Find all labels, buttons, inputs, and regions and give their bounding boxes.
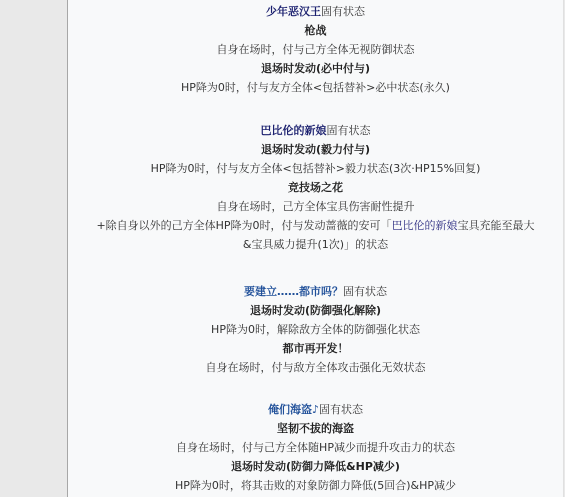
servant-link[interactable]: 俺们海盗♪ — [268, 403, 319, 416]
skill-name: 退场时发动(必中付与) — [68, 59, 563, 78]
title-suffix: 固有状态 — [319, 403, 363, 416]
skill-desc: 自身在场时，付与己方全体无视防御状态 — [68, 40, 563, 59]
servant-link[interactable]: 巴比伦的新娘 — [261, 124, 327, 137]
title-suffix: 固有状态 — [321, 5, 365, 18]
servant-link[interactable]: 少年恶汉王 — [266, 5, 321, 18]
section-title: 要建立……都市吗？固有状态 — [68, 282, 563, 301]
title-suffix: 固有状态 — [343, 285, 387, 298]
section-title: 巴比伦的新娘固有状态 — [68, 121, 563, 140]
inline-servant-link[interactable]: 巴比伦的新娘 — [392, 219, 458, 232]
skill-desc: 自身在场时，付与敌方全体攻击强化无效状态 — [68, 358, 563, 377]
rich-text-after: 宝具充能至最大 — [458, 219, 535, 232]
content-area: 少年恶汉王固有状态 枪战 自身在场时，付与己方全体无视防御状态 退场时发动(必中… — [67, 0, 564, 497]
skill-desc-rich: +除自身以外的己方全体HP降为0时，付与发动蔷薇的安可「巴比伦的新娘宝具充能至最… — [68, 216, 563, 235]
servant-link[interactable]: 要建立……都市吗？ — [244, 285, 343, 298]
skill-desc: HP降为0时，解除敌方全体的防御强化状态 — [68, 320, 563, 339]
section-title: 少年恶汉王固有状态 — [68, 2, 563, 21]
left-sidebar — [0, 0, 67, 497]
section-city-building: 要建立……都市吗？固有状态 退场时发动(防御强化解除) HP降为0时，解除敌方全… — [68, 282, 563, 377]
skill-name: 退场时发动(防御强化解除) — [68, 301, 563, 320]
skill-desc: 自身在场时，己方全体宝具伤害耐性提升 — [68, 197, 563, 216]
skill-name: 都市再开发！ — [68, 339, 563, 358]
section-pirates: 俺们海盗♪固有状态 坚韧不拔的海盗 自身在场时，付与己方全体随HP减少而提升攻击… — [68, 400, 563, 495]
skill-desc: HP降为0时，将其击败的对象防御力降低(5回合)&HP减少 — [68, 476, 563, 495]
skill-desc: &宝具威力提升(1次)」的状态 — [68, 235, 563, 254]
section-babylon-bride: 巴比伦的新娘固有状态 退场时发动(毅力付与) HP降为0时，付与友方全体<包括替… — [68, 121, 563, 254]
skill-desc: HP降为0时，付与友方全体<包括替补>毅力状态(3次·HP15%回复) — [68, 159, 563, 178]
skill-name: 坚韧不拔的海盗 — [68, 419, 563, 438]
skill-desc: HP降为0时，付与友方全体<包括替补>必中状态(永久) — [68, 78, 563, 97]
skill-name: 竞技场之花 — [68, 178, 563, 197]
skill-name: 枪战 — [68, 21, 563, 40]
section-shaonian-ehanwang: 少年恶汉王固有状态 枪战 自身在场时，付与己方全体无视防御状态 退场时发动(必中… — [68, 2, 563, 97]
skill-desc: 自身在场时，付与己方全体随HP减少而提升攻击力的状态 — [68, 438, 563, 457]
rich-text-before: +除自身以外的己方全体HP降为0时，付与发动蔷薇的安可「 — [96, 219, 391, 232]
section-title: 俺们海盗♪固有状态 — [68, 400, 563, 419]
skill-name: 退场时发动(防御力降低&HP减少) — [68, 457, 563, 476]
skill-name: 退场时发动(毅力付与) — [68, 140, 563, 159]
title-suffix: 固有状态 — [327, 124, 371, 137]
